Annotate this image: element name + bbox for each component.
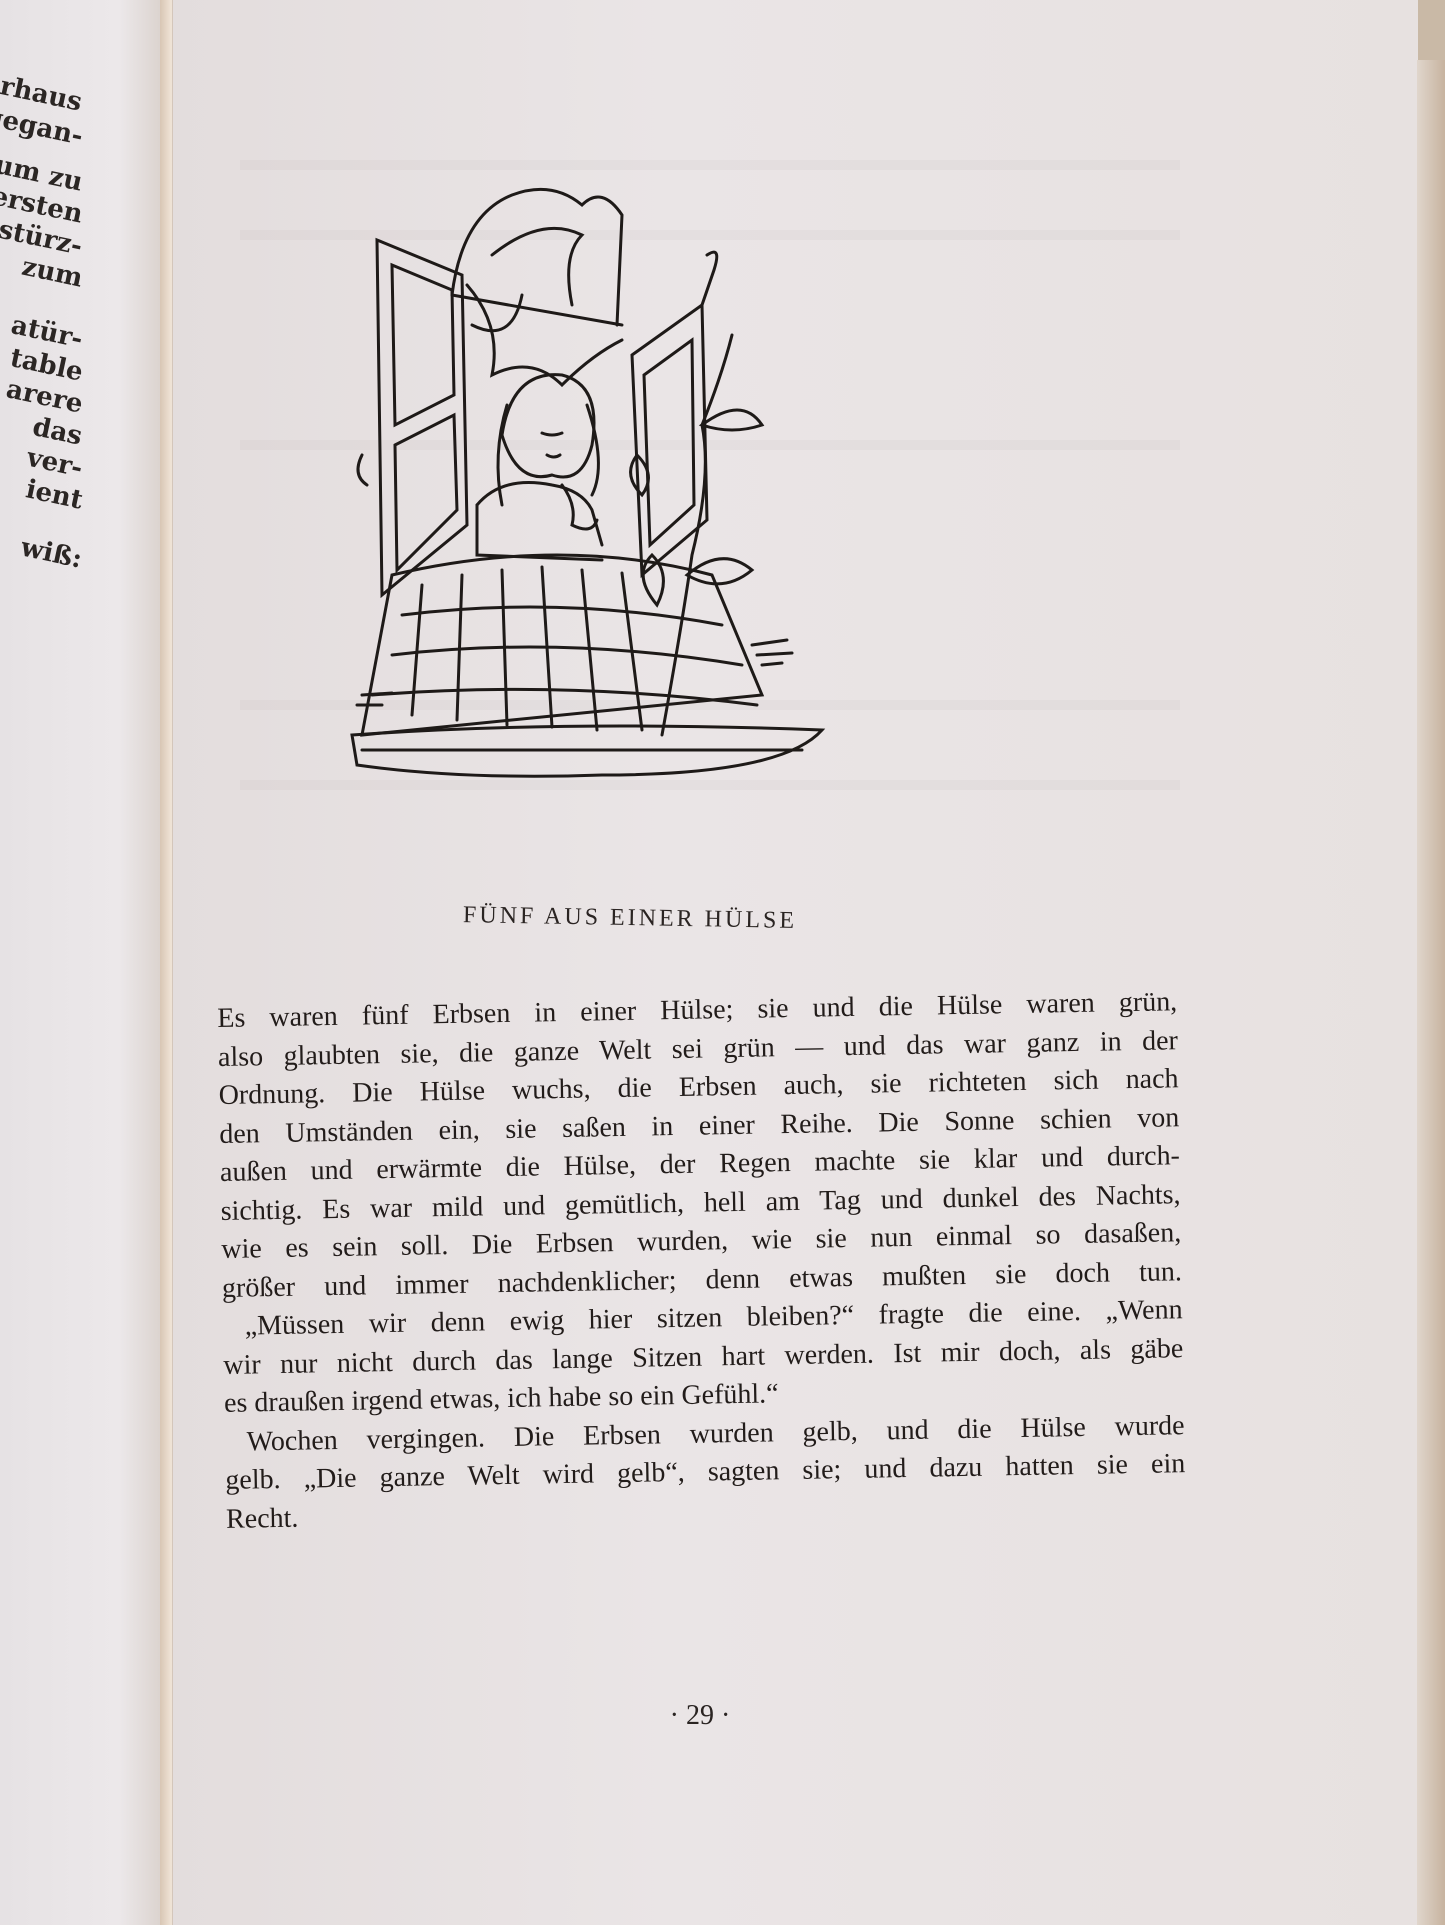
left-page-text: wiß: <box>19 533 86 575</box>
story-body-text: Es waren fünf Erbsen in einer Hülse; sie… <box>217 983 1186 1539</box>
window-girl-illustration <box>262 175 832 795</box>
page-edge <box>1417 60 1445 1925</box>
left-page: erhaus gegan- um zu ersten stürz- zum at… <box>0 0 170 1925</box>
page-number: · 29 · <box>640 1700 760 1732</box>
